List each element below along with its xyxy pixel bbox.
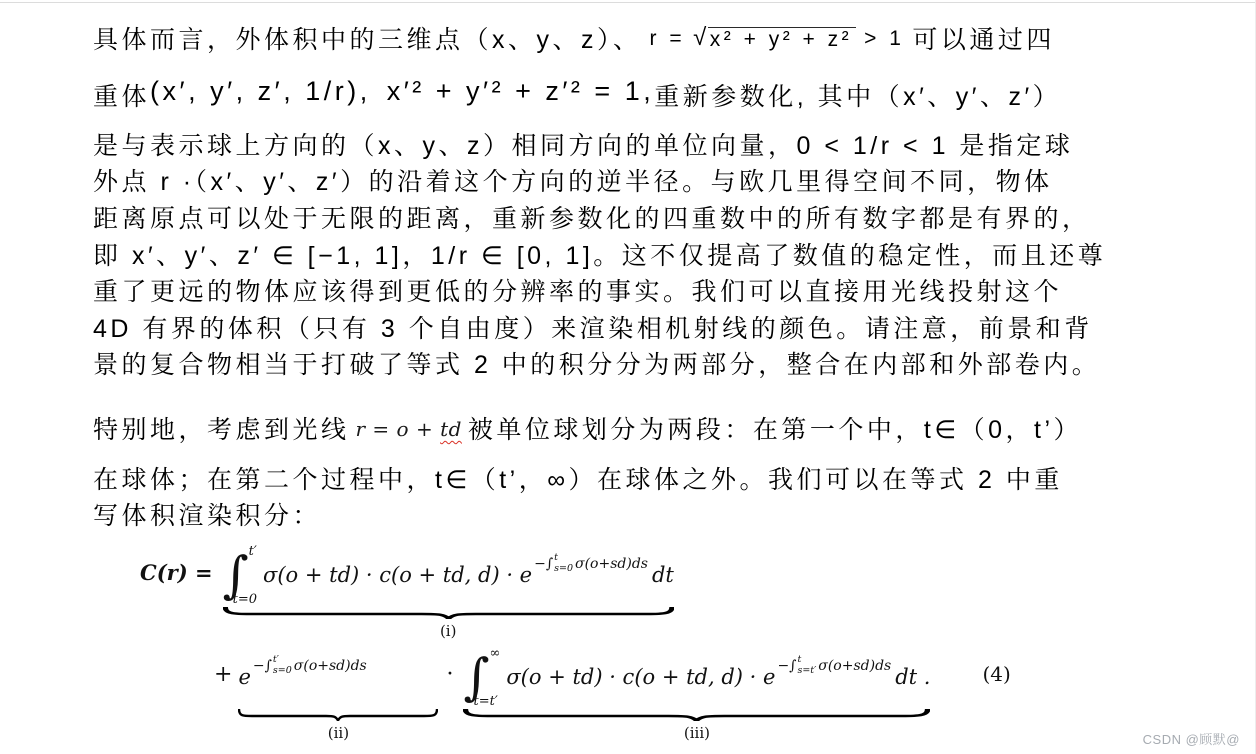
underbrace-ii [238,708,438,721]
integral-i: ∫ t′ t=0 [223,547,257,603]
equation-lhs: C(r) = [140,560,213,585]
integral-lower-limit: t=0 [233,592,257,607]
paragraph-2: 特别地，考虑到光线 r = o + td 被单位球划分为两段：在第一个中，t∈（… [93,398,1082,535]
text-line-4: 外点 r ·（x′、y′、z′）的沿着这个方向的逆半径。与欧几里得空间不同，物体 [93,165,1106,202]
integrand-iii: σ(o + td) · c(o + td, d) · e [506,665,775,689]
dt-iii: dt . [895,665,930,689]
equation-row-2: + e −∫ t′ s=0 σ(o+sd)ds (ii) [214,648,1011,742]
equation-4-block: C(r) = ∫ t′ t=0 σ(o + td) · c(o + td, d)… [140,546,1011,742]
exp-minus-int: −∫ [534,556,553,572]
integral-upper-limit: t′ [249,544,257,559]
inline-formula-quadruple: (x′, y′, z′, 1/r), x′² + y′² + z′² = 1, [150,78,654,105]
exp-int-limits: t s=0 [554,553,573,575]
formula-tail: > 1 [864,28,904,49]
text-line-5: 距离原点可以处于无限的距离，重新参数化的四重数中的所有数字都是有界的， [93,201,1106,238]
ray-td-misspelled: td [440,417,462,441]
inline-formula-radius: r = √ x² + y² + z² > 1 [650,26,905,50]
unit-sphere-constraint: x′² + y′² + z′² = 1, [387,78,655,105]
line10-text-pre: 特别地，考虑到光线 [93,418,350,443]
text-line-3: 是与表示球上方向的（x、y、z）相同方向的单位向量，0 < 1/r < 1 是指… [93,128,1106,165]
text-line-6: 即 x′、y′、z′ ∈ [−1, 1]，1/r ∈ [0, 1]。这不仅提高了… [93,238,1106,275]
e-base: e [238,665,250,689]
exp2-minus-int: −∫ [253,658,272,674]
line1-text-post: 可以通过四 [912,28,1055,53]
line2-text-pre: 重体 [93,85,150,110]
exponent-i: −∫ t s=0 σ(o+sd)ds [534,553,648,575]
label-ii: (ii) [238,724,438,742]
multiplication-dot: · [446,662,453,687]
term-ii-content: e −∫ t′ s=0 σ(o+sd)ds [238,648,438,706]
exp3-body: σ(o+sd)ds [818,658,891,674]
term-iii-content: ∫ ∞ t=t′ σ(o + td) · c(o + td, d) · e −∫… [463,648,930,706]
text-line-7: 重了更远的物体应该得到更低的分辨率的事实。我们可以直接用光线投射这个 [93,274,1106,311]
top-divider [0,2,1256,3]
text-line-8: 4D 有界的体积（只有 3 个自由度）来渲染相机射线的颜色。请注意，前景和背 [93,311,1106,348]
exp2-int-limits: t′ s=0 [273,655,292,677]
integral-limits-2: ∞ t=t′ [490,649,501,705]
text-line-2: 重体 (x′, y′, z′, 1/r), x′² + y′² + z′² = … [93,66,1106,128]
dt-i: dt [652,563,674,587]
exponent-ii: −∫ t′ s=0 σ(o+sd)ds [253,655,367,677]
label-i: (i) [223,622,674,640]
term-i-content: ∫ t′ t=0 σ(o + td) · c(o + td, d) · e −∫… [223,546,674,604]
formula-lead: r = [650,28,686,49]
integral-limits: t′ t=0 [249,547,257,603]
plus-sign: + [214,662,232,687]
ray-equation: r = o + [356,417,441,441]
underbrace-i [223,606,674,619]
exp3-lower-limit: s=t′ [797,666,816,677]
equation-number: (4) [982,662,1010,686]
term-i-group: ∫ t′ t=0 σ(o + td) · c(o + td, d) · e −∫… [223,546,674,640]
integral2-lower-limit: t=t′ [474,694,498,709]
line1-text-pre: 具体而言，外体积中的三维点（x、y、z）、 [93,28,642,53]
integrand-i: σ(o + td) · c(o + td, d) · e [263,563,532,587]
integral-symbol-2: ∫ [463,655,489,700]
exp2-lower-limit: s=0 [273,666,292,677]
integral-iii: ∫ ∞ t=t′ [463,649,500,705]
inline-formula-ray: r = o + td [356,419,462,439]
text-line-11: 在球体；在第二个过程中，t∈（t’，∞）在球体之外。我们可以在等式 2 中重 [93,462,1082,499]
document-page: 具体而言，外体积中的三维点（x、y、z）、 r = √ x² + y² + z²… [0,0,1256,754]
integral-symbol: ∫ [223,553,249,598]
label-iii: (iii) [463,724,930,742]
paragraph-1: 具体而言，外体积中的三维点（x、y、z）、 r = √ x² + y² + z²… [93,14,1106,384]
line10-text-post: 被单位球划分为两段：在第一个中，t∈（0，t’） [468,418,1082,443]
exp2-body: σ(o+sd)ds [294,658,367,674]
exp3-int-limits: t s=t′ [797,655,816,677]
text-line-9: 景的复合物相当于打破了等式 2 中的积分分为两部分，整合在内部和外部卷内。 [93,348,1106,385]
term-iii-group: ∫ ∞ t=t′ σ(o + td) · c(o + td, d) · e −∫… [463,648,930,742]
sqrt-radicand: x² + y² + z² [708,27,856,50]
term-ii-group: e −∫ t′ s=0 σ(o+sd)ds (ii) [238,648,438,742]
equation-row-1: C(r) = ∫ t′ t=0 σ(o + td) · c(o + td, d)… [140,546,1011,640]
exp3-minus-int: −∫ [777,658,796,674]
csdn-watermark: CSDN @顾默@ [1143,729,1240,748]
exp-body: σ(o+sd)ds [575,556,648,572]
exp-lower-limit: s=0 [554,564,573,575]
text-line-1: 具体而言，外体积中的三维点（x、y、z）、 r = √ x² + y² + z²… [93,14,1106,66]
exponent-iii: −∫ t s=t′ σ(o+sd)ds [777,655,891,677]
text-line-12: 写体积渲染积分： [93,499,1082,536]
underbrace-iii [463,708,930,721]
quadruple-tuple: (x′, y′, z′, 1/r), [150,78,371,105]
line2-text-post: 重新参数化, 其中（x′、y′、z′） [654,85,1061,110]
integral2-upper-limit: ∞ [490,646,501,661]
text-line-10: 特别地，考虑到光线 r = o + td 被单位球划分为两段：在第一个中，t∈（… [93,398,1082,462]
